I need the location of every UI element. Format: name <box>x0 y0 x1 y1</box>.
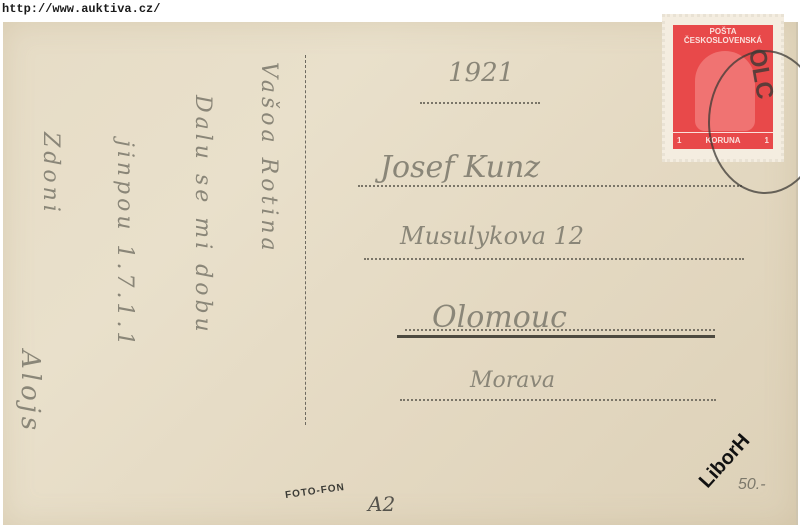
signature: Alojs <box>15 350 45 460</box>
year: 1921 <box>448 58 514 88</box>
stamp-value: 1 <box>677 136 681 145</box>
recipient-street: Musulykova 12 <box>400 222 584 250</box>
message-line-2: Dalu se mi dobu <box>190 95 215 465</box>
year-line <box>420 102 540 104</box>
recipient-region: Morava <box>470 368 555 393</box>
address-line-4 <box>400 399 716 401</box>
address-line-1 <box>358 185 742 187</box>
address-line-2 <box>364 258 744 260</box>
stamp-country-line2: ČESKOSLOVENSKÁ <box>673 36 773 45</box>
center-divider <box>305 55 306 425</box>
address-line-3 <box>405 329 715 331</box>
city-underline <box>397 335 715 338</box>
source-url: http://www.auktiva.cz/ <box>0 0 160 20</box>
price-mark: 50.- <box>738 476 766 494</box>
message-line-3: jinpou 1.7.1.1 <box>112 140 137 510</box>
catalog-mark: A2 <box>368 492 395 516</box>
recipient-name: Josef Kunz <box>380 150 540 185</box>
stamp-country-line1: POŠTA <box>673 27 773 36</box>
message-line-4: Zdoni <box>38 132 63 292</box>
message-line-1: Vašoa Rotina <box>256 62 281 432</box>
